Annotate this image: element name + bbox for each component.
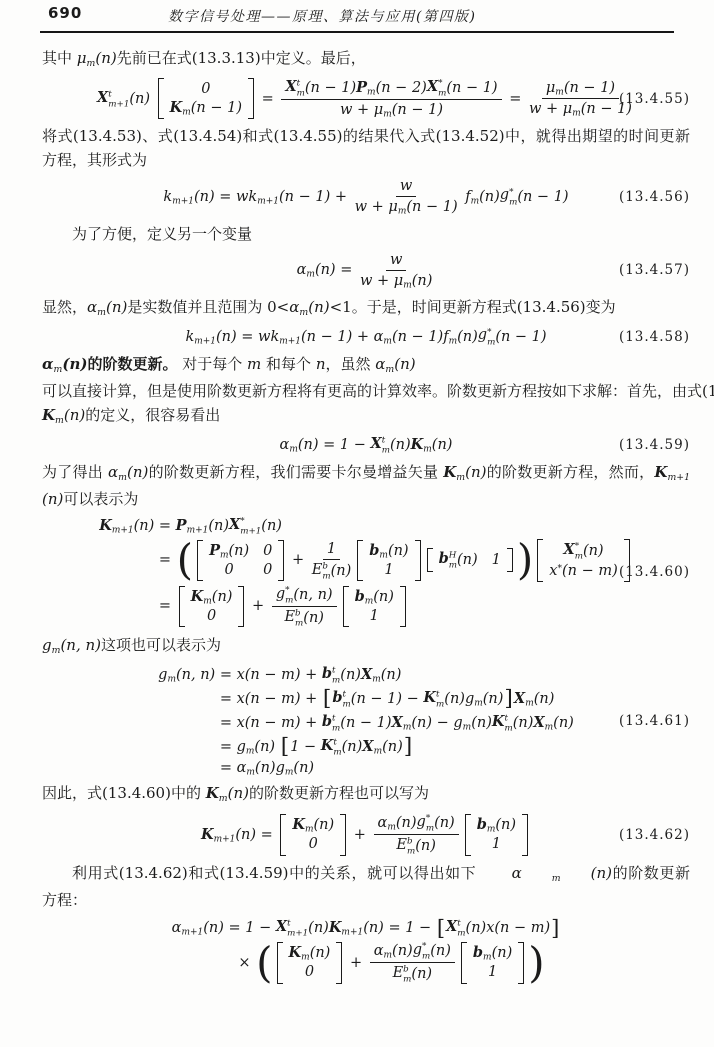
fraction: αm(n)g*m(n)Ebm(n) bbox=[374, 813, 459, 856]
fraction: ww + μm(n) bbox=[360, 251, 432, 290]
equation: gm(n, n) = x(n − m) + btm(n)Xm(n) = x(n … bbox=[42, 665, 690, 777]
equation: Xtm+1(n) 0Km(n − 1) = Xtm(n − 1)Pm(n − 2… bbox=[42, 78, 690, 119]
matrix: Km(n)0 bbox=[179, 586, 245, 627]
matrix: bm(n)1 bbox=[461, 942, 524, 983]
paragraph: 显然，αm(n)是实数值并且范围为 0<αm(n)<1。于是，时间更新方程式(1… bbox=[42, 295, 690, 322]
fraction: 1Ebm(n) bbox=[312, 540, 352, 581]
equation: αm(n) = 1 − Xtm(n)Km(n)(13.4.59) bbox=[42, 435, 690, 455]
page-number: 690 bbox=[48, 4, 82, 22]
paragraph: 将式(13.4.53)、式(13.4.54)和式(13.4.55)的结果代入式(… bbox=[42, 124, 690, 172]
matrix: bHm(n)1 bbox=[427, 548, 513, 572]
fraction: g*m(n, n)Ebm(n) bbox=[272, 585, 337, 628]
matrix: bm(n)1 bbox=[343, 586, 406, 627]
paragraph: 因此，式(13.4.60)中的 Km(n)的阶数更新方程也可以写为 bbox=[42, 781, 690, 808]
header-title: 数字信号处理——原理、算法与应用(第四版) bbox=[168, 6, 476, 26]
equation: Km+1(n) = Pm+1(n)X*m+1(n) = (Pm(n)000 + … bbox=[42, 516, 690, 628]
paragraph: 其中 μm(n)先前已在式(13.3.13)中定义。最后， bbox=[42, 46, 690, 73]
equation-number: (13.4.56) bbox=[619, 189, 690, 205]
matrix: Km(n)0 bbox=[280, 814, 346, 855]
paragraph: gm(n, n)这项也可以表示为 bbox=[42, 633, 690, 660]
equation-number: (13.4.60) bbox=[619, 564, 690, 580]
paragraph: 为了得出 αm(n)的阶数更新方程，我们需要卡尔曼增益矢量 Km(n)的阶数更新… bbox=[42, 460, 690, 511]
page-content: 其中 μm(n)先前已在式(13.3.13)中定义。最后，Xtm+1(n) 0K… bbox=[0, 33, 714, 984]
page-header: 690 数字信号处理——原理、算法与应用(第四版) bbox=[0, 0, 714, 29]
fraction: αm(n)g*m(n)Ebm(n) bbox=[370, 941, 455, 984]
paragraph: 为了方便，定义另一个变量 bbox=[42, 222, 690, 246]
equation-number: (13.4.61) bbox=[619, 713, 690, 729]
equation: km+1(n) = wkm+1(n − 1) + αm(n − 1)fm(n)g… bbox=[42, 327, 690, 347]
fraction: μm(n − 1)w + μm(n − 1) bbox=[529, 79, 632, 118]
paragraph: αm(n)的阶数更新。 对于每个 m 和每个 n，虽然 αm(n)可以直接计算，… bbox=[42, 352, 690, 430]
equation-number: (13.4.58) bbox=[619, 329, 690, 345]
equation: αm(n) = ww + μm(n)(13.4.57) bbox=[42, 251, 690, 290]
equation: km+1(n) = wkm+1(n − 1) + ww + μm(n − 1) … bbox=[42, 177, 690, 216]
page: 690 数字信号处理——原理、算法与应用(第四版) 其中 μm(n)先前已在式(… bbox=[0, 0, 714, 1047]
matrix: bm(n)1 bbox=[357, 540, 420, 581]
fraction: ww + μm(n − 1) bbox=[355, 177, 458, 216]
equation: Km+1(n) = Km(n)0 + αm(n)g*m(n)Ebm(n)bm(n… bbox=[42, 813, 690, 856]
equation-number: (13.4.57) bbox=[619, 262, 690, 278]
fraction: Xtm(n − 1)Pm(n − 2)X*m(n − 1)w + μm(n − … bbox=[281, 78, 501, 119]
equation: αm+1(n) = 1 − Xtm+1(n)Km+1(n) = 1 − [Xtm… bbox=[42, 917, 690, 984]
matrix: Pm(n)000 bbox=[197, 540, 284, 581]
paragraph: 利用式(13.4.62)和式(13.4.59)中的关系，就可以得出如下 αm(n… bbox=[42, 861, 690, 912]
matrix: bm(n)1 bbox=[465, 814, 528, 855]
equation-number: (13.4.55) bbox=[619, 91, 690, 107]
equation-number: (13.4.59) bbox=[619, 437, 690, 453]
matrix: X*m(n)x*(n − m) bbox=[537, 539, 629, 582]
equation-number: (13.4.62) bbox=[619, 827, 690, 843]
matrix: 0Km(n − 1) bbox=[158, 78, 254, 119]
matrix: Km(n)0 bbox=[277, 942, 343, 983]
